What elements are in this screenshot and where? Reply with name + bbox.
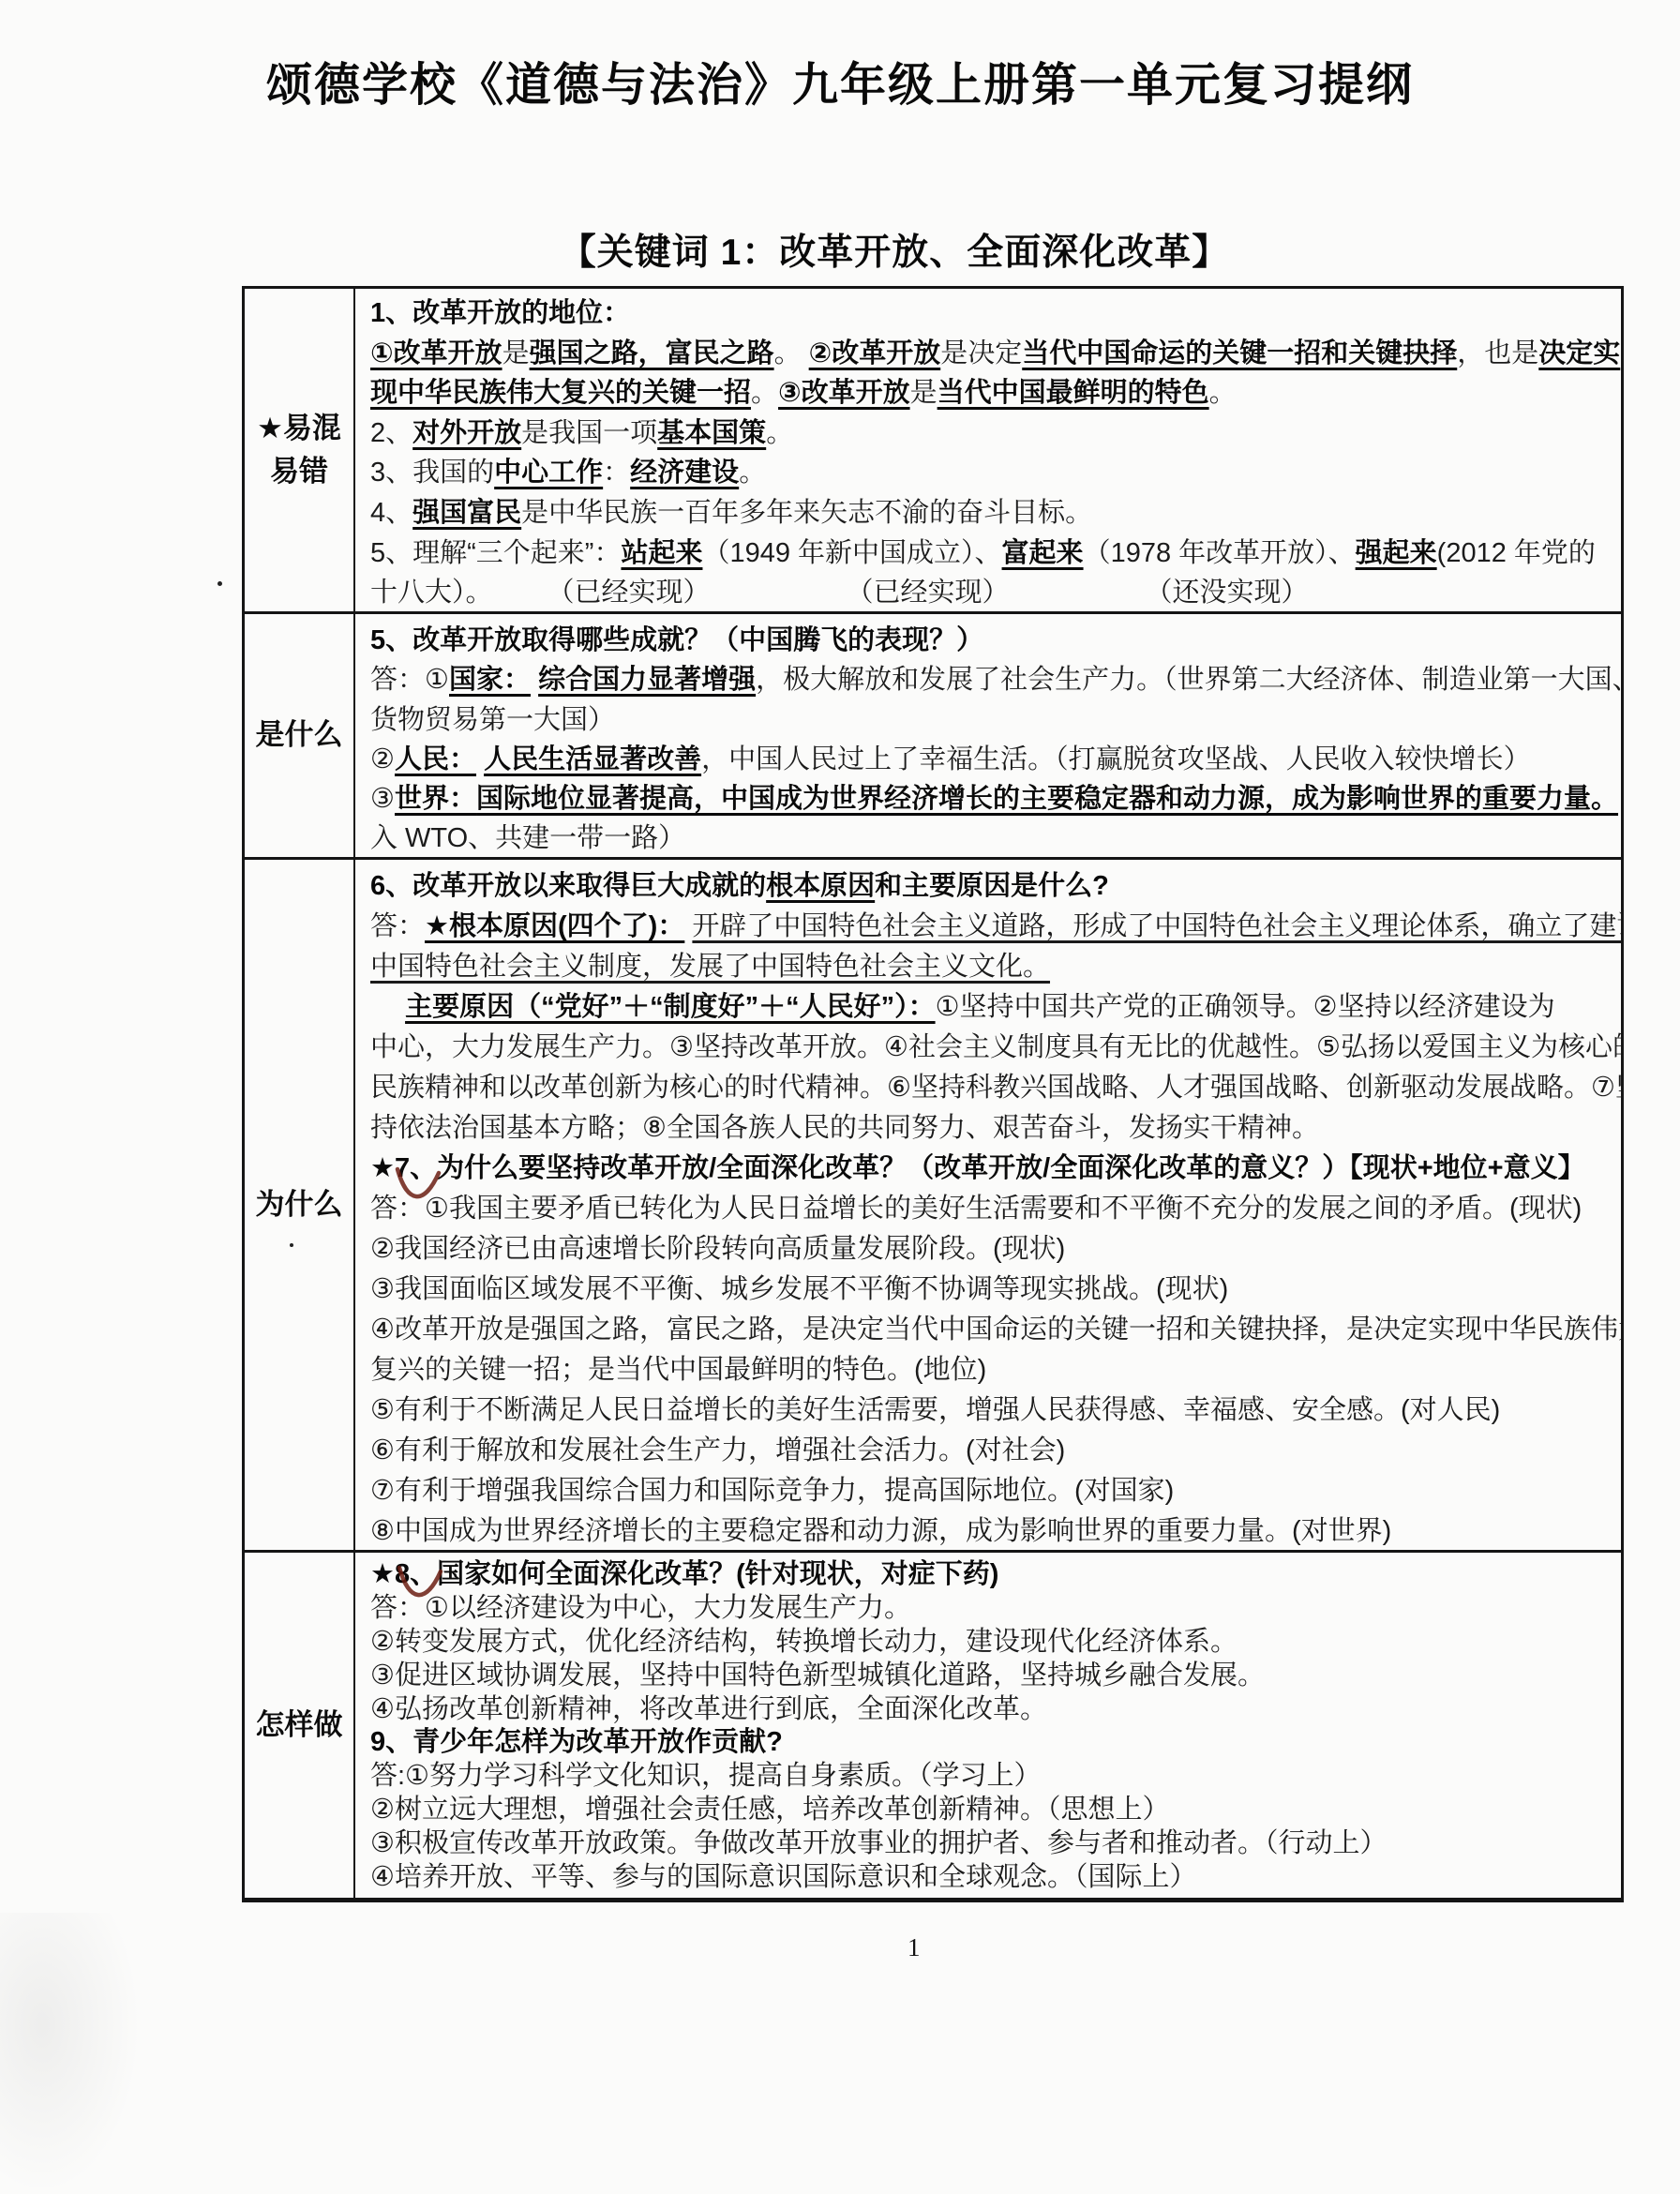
text-segment: 6、改革开放以来取得巨大成就的 <box>370 871 766 901</box>
text-segment: 是中华民族一百年多年来矢志不渝的奋斗目标。 <box>521 498 1092 528</box>
content-line: 1、改革开放的地位： <box>370 293 1612 334</box>
text-segment: 。 <box>1209 378 1237 408</box>
content-line: ②树立远大理想，增强社会责任感，培养改革创新精神。（思想上） <box>370 1794 1612 1827</box>
text-segment: 。 <box>751 378 778 408</box>
text-segment: 是决定 <box>940 338 1022 368</box>
row-content: 5、改革开放取得哪些成就？（中国腾飞的表现？）答：①国家： 综合国力显著增强，极… <box>355 614 1621 857</box>
text-segment: ④弘扬改革创新精神，将改革进行到底，全面深化改革。 <box>370 1694 1047 1724</box>
content-line: ④培养开放、平等、参与的国际意识国际意识和全球观念。（国际上） <box>370 1861 1612 1895</box>
row-content: 6、改革开放以来取得巨大成就的根本原因和主要原因是什么?答：★根本原因(四个了)… <box>355 860 1621 1550</box>
row-label: 怎样做 <box>245 1553 355 1898</box>
text-segment: 是 <box>502 338 530 368</box>
content-line: ⑥有利于解放和发展社会生产力，增强社会活力。(对社会) <box>370 1431 1612 1471</box>
text-segment: 富起来 <box>1002 538 1084 568</box>
text-segment: 现中华民族伟大复兴的关键一招 <box>370 378 751 408</box>
content-line: 持依法治国基本方略；⑧全国各族人民的共同努力、艰苦奋斗，发扬实干精神。 <box>370 1108 1612 1149</box>
content-line: 复兴的关键一招；是当代中国最鲜明的特色。(地位) <box>370 1350 1612 1390</box>
text-segment: 开辟了中国特色社会主义道路，形成了中国特色社会主义理论体系，确立了建设 <box>692 911 1621 941</box>
text-segment <box>476 744 484 774</box>
content-line: 5、理解“三个起来”：站起来（1949 年新中国成立）、富起来（1978 年改革… <box>370 533 1612 574</box>
text-segment: ★8、国家如何全面深化改革？(针对现状，对症下药) <box>370 1559 998 1589</box>
row-label-line: 怎样做 <box>256 1704 343 1748</box>
content-line: ②人民： 人民生活显著改善，中国人民过上了幸福生活。（打赢脱贫攻坚战、人民收入较… <box>370 740 1612 779</box>
text-segment: 9、青少年怎样为改革开放作贡献? <box>370 1727 783 1757</box>
content-line: 3、我国的中心工作：经济建设。 <box>370 453 1612 493</box>
content-line: ②转变发展方式，优化经济结构，转换增长动力，建设现代化经济体系。 <box>370 1626 1612 1660</box>
row-label-line: 为什么 <box>256 1183 343 1227</box>
content-line: ③积极宣传改革开放政策。争做改革开放事业的拥护者、参与者和推动者。（行动上） <box>370 1827 1612 1861</box>
text-segment: （1978 年改革开放）、 <box>1084 538 1356 568</box>
text-segment: ，也是 <box>1457 338 1538 368</box>
row-content: ★8、国家如何全面深化改革？(针对现状，对症下药)答：①以经济建设为中心，大力发… <box>355 1553 1621 1898</box>
text-segment: (2012 年党的 <box>1437 538 1596 568</box>
text-segment: 。 <box>774 338 809 368</box>
content-line: ★8、国家如何全面深化改革？(针对现状，对症下药) <box>370 1558 1612 1592</box>
row-label-line: ★易混 <box>257 407 341 451</box>
text-segment: ①改革开放 <box>370 338 502 368</box>
text-segment: 5、理解“三个起来”： <box>370 538 621 568</box>
text-segment: ，中国人民过上了幸福生活。（打赢脱贫攻坚战、人民收入较快增长） <box>701 744 1531 774</box>
content-line: 9、青少年怎样为改革开放作贡献? <box>370 1726 1612 1760</box>
text-segment: （1949 年新中国成立）、 <box>702 538 1001 568</box>
text-segment: 复兴的关键一招；是当代中国最鲜明的特色。(地位) <box>370 1355 986 1385</box>
content-line: 中心，大力发展生产力。③坚持改革开放。④社会主义制度具有无比的优越性。⑤弘扬以爱… <box>370 1028 1612 1068</box>
section-heading: 【关键词 1：改革开放、全面深化改革】 <box>54 223 1680 276</box>
text-segment: 答： <box>370 911 425 941</box>
text-segment: 人民生活显著改善 <box>484 744 701 774</box>
content-line: 货物贸易第一大国） <box>370 700 1612 740</box>
text-segment: ③改革开放 <box>778 378 910 408</box>
text-segment: ②改革开放 <box>809 338 941 368</box>
content-line: ②我国经济已由高速增长阶段转向高质量发展阶段。(现状) <box>370 1229 1612 1270</box>
text-segment: 答：①以经济建设为中心，大力发展生产力。 <box>370 1593 911 1623</box>
text-segment: 持依法治国基本方略；⑧全国各族人民的共同努力、艰苦奋斗，发扬实干精神。 <box>370 1113 1319 1143</box>
text-segment: ②我国经济已由高速增长阶段转向高质量发展阶段。(现状) <box>370 1234 1065 1264</box>
text-segment: ②转变发展方式，优化经济结构，转换增长动力，建设现代化经济体系。 <box>370 1627 1237 1657</box>
scan-speck <box>290 1243 293 1247</box>
text-segment: 综合国力显著增强 <box>538 665 756 695</box>
text-segment: 民族精神和以改革创新为核心的时代精神。⑥坚持科教兴国战略、人才强国战略、创新驱动… <box>370 1073 1621 1103</box>
text-segment: ⑧中国成为世界经济增长的主要稳定器和动力源，成为影响世界的重要力量。(对世界) <box>370 1516 1391 1546</box>
text-segment: 强起来 <box>1356 538 1437 568</box>
scan-smudge <box>0 1913 141 2194</box>
text-segment: 2、 <box>370 418 412 448</box>
content-line: 主要原因（“党好”＋“制度好”＋“人民好”）：①坚持中国共产党的正确领导。②坚持… <box>370 987 1612 1028</box>
text-segment: 1、改革开放的地位： <box>370 298 630 328</box>
text-segment: 货物贸易第一大国） <box>370 705 615 735</box>
text-segment: 3、我国的 <box>370 458 494 488</box>
text-segment: 是 <box>910 378 937 408</box>
content-line: 现中华民族伟大复兴的关键一招。③改革开放是当代中国最鲜明的特色。 <box>370 373 1612 413</box>
text-segment: 中心，大力发展生产力。③坚持改革开放。④社会主义制度具有无比的优越性。⑤弘扬以爱… <box>370 1032 1621 1062</box>
text-segment: 世界： <box>395 784 476 814</box>
content-line: 中国特色社会主义制度，发展了中国特色社会主义文化。 <box>370 947 1612 987</box>
content-line: ⑧中国成为世界经济增长的主要稳定器和动力源，成为影响世界的重要力量。(对世界) <box>370 1511 1612 1550</box>
text-segment: （加 <box>1618 784 1621 814</box>
content-line: 民族精神和以改革创新为核心的时代精神。⑥坚持科教兴国战略、人才强国战略、创新驱动… <box>370 1068 1612 1108</box>
content-line: 4、强国富民是中华民族一百年多年来矢志不渝的奋斗目标。 <box>370 493 1612 533</box>
text-segment: 5、改革开放取得哪些成就？（中国腾飞的表现？） <box>370 625 983 655</box>
text-segment: 十八大）。 （已经实现） （已经实现） （还没实现） <box>370 578 1309 608</box>
content-line: ⑦有利于增强我国综合国力和国际竞争力，提高国际地位。(对国家) <box>370 1471 1612 1511</box>
content-line: ④弘扬改革创新精神，将改革进行到底，全面深化改革。 <box>370 1693 1612 1727</box>
text-segment: 对外开放 <box>412 418 521 448</box>
content-line: 答：①我国主要矛盾已转化为人民日益增长的美好生活需要和不平衡不充分的发展之间的矛… <box>370 1189 1612 1229</box>
text-segment: 站起来 <box>621 538 702 568</box>
qa-table: ★易混易错1、改革开放的地位：①改革开放是强国之路，富民之路。 ②改革开放是决定… <box>242 286 1624 1902</box>
row-label: 是什么 <box>245 614 355 857</box>
content-line: ③世界：国际地位显著提高，中国成为世界经济增长的主要稳定器和动力源，成为影响世界… <box>370 779 1612 819</box>
content-line: 答：①以经济建设为中心，大力发展生产力。 <box>370 1592 1612 1626</box>
text-segment: 和主要原因是什么? <box>875 871 1109 901</box>
content-line: ④改革开放是强国之路，富民之路，是决定当代中国命运的关键一招和关键抉择，是决定实… <box>370 1310 1612 1350</box>
text-segment: ★7、为什么要坚持改革开放/全面深化改革？（改革开放/全面深化改革的意义？）【现… <box>370 1153 1585 1183</box>
text-segment: 答：① <box>370 665 449 695</box>
text-segment: ⑤有利于不断满足人民日益增长的美好生活需要，增强人民获得感、幸福感、安全感。(对… <box>370 1395 1500 1425</box>
table-row: 是什么5、改革开放取得哪些成就？（中国腾飞的表现？）答：①国家： 综合国力显著增… <box>245 614 1621 860</box>
text-segment: 中国特色社会主义制度，发展了中国特色社会主义文化。 <box>370 952 1050 982</box>
text-segment: ①坚持中国共产党的正确领导。②坚持以经济建设为 <box>936 992 1555 1022</box>
text-segment: ④培养开放、平等、参与的国际意识国际意识和全球观念。（国际上） <box>370 1862 1197 1892</box>
scan-speck <box>217 581 222 586</box>
content-line: 6、改革开放以来取得巨大成就的根本原因和主要原因是什么? <box>370 866 1612 907</box>
text-segment: 4、 <box>370 498 412 528</box>
text-segment: 答：①我国主要矛盾已转化为人民日益增长的美好生活需要和不平衡不充分的发展之间的矛… <box>370 1194 1582 1224</box>
text-segment: 是我国一项 <box>521 418 657 448</box>
text-segment: ④改革开放是强国之路，富民之路，是决定当代中国命运的关键一招和关键抉择，是决定实… <box>370 1315 1621 1345</box>
text-segment: ： <box>603 458 630 488</box>
content-line: 十八大）。 （已经实现） （已经实现） （还没实现） <box>370 573 1612 611</box>
text-segment: 决定实 <box>1538 338 1620 368</box>
content-line: 2、对外开放是我国一项基本国策。 <box>370 413 1612 454</box>
text-segment: 当代中国最鲜明的特色 <box>937 378 1209 408</box>
row-label-line: 易错 <box>270 450 328 494</box>
text-segment: ② <box>370 744 395 774</box>
page-title: 颂德学校《道德与法治》九年级上册第一单元复习提纲 <box>0 49 1680 114</box>
text-segment: 国家： <box>449 665 531 695</box>
content-line: ③促进区域协调发展，坚持中国特色新型城镇化道路，坚持城乡融合发展。 <box>370 1660 1612 1693</box>
text-segment: ③促进区域协调发展，坚持中国特色新型城镇化道路，坚持城乡融合发展。 <box>370 1661 1265 1691</box>
table-row: 为什么6、改革开放以来取得巨大成就的根本原因和主要原因是什么?答：★根本原因(四… <box>245 860 1621 1553</box>
text-segment: ，极大解放和发展了社会生产力。（世界第二大经济体、制造业第一大国、 <box>756 665 1621 695</box>
text-segment: 根本原因 <box>766 871 875 901</box>
text-segment: 强国富民 <box>412 498 521 528</box>
content-line: 5、改革开放取得哪些成就？（中国腾飞的表现？） <box>370 621 1612 660</box>
text-segment: ★根本原因(四个了)： <box>425 911 684 941</box>
content-line: 入 WTO、共建一带一路） <box>370 819 1612 857</box>
text-segment <box>531 665 538 695</box>
text-segment: 人民： <box>395 744 476 774</box>
text-segment: ③我国面临区域发展不平衡、城乡发展不平衡不协调等现实挑战。(现状) <box>370 1274 1228 1304</box>
row-label-line: 是什么 <box>256 714 343 758</box>
content-line: 答:①努力学习科学文化知识，提高自身素质。（学习上） <box>370 1760 1612 1794</box>
text-segment: ⑦有利于增强我国综合国力和国际竞争力，提高国际地位。(对国家) <box>370 1476 1174 1506</box>
text-segment: 国际地位显著提高，中国成为世界经济增长的主要稳定器和动力源，成为影响世界的重要力… <box>476 784 1618 814</box>
text-segment: ⑥有利于解放和发展社会生产力，增强社会活力。(对社会) <box>370 1435 1065 1465</box>
content-line: ⑤有利于不断满足人民日益增长的美好生活需要，增强人民获得感、幸福感、安全感。(对… <box>370 1390 1612 1431</box>
page-number: 1 <box>907 1933 921 1962</box>
text-segment: 强国之路，富民之路 <box>530 338 774 368</box>
text-segment: 。 <box>766 418 793 448</box>
text-segment: ③ <box>370 784 395 814</box>
text-segment: 答:①努力学习科学文化知识，提高自身素质。（学习上） <box>370 1761 1042 1791</box>
content-line: ③我国面临区域发展不平衡、城乡发展不平衡不协调等现实挑战。(现状) <box>370 1270 1612 1310</box>
content-line: 答：★根本原因(四个了)： 开辟了中国特色社会主义道路，形成了中国特色社会主义理… <box>370 907 1612 947</box>
text-segment <box>370 992 405 1022</box>
text-segment: ③积极宣传改革开放政策。争做改革开放事业的拥护者、参与者和推动者。（行动上） <box>370 1828 1387 1858</box>
text-segment: 经济建设 <box>630 458 739 488</box>
content-line: ★7、为什么要坚持改革开放/全面深化改革？（改革开放/全面深化改革的意义？）【现… <box>370 1149 1612 1189</box>
text-segment: ②树立远大理想，增强社会责任感，培养改革创新精神。（思想上） <box>370 1795 1170 1825</box>
text-segment: 基本国策 <box>657 418 766 448</box>
text-segment: 。 <box>739 458 766 488</box>
row-label: ★易混易错 <box>245 289 355 611</box>
content-line: 答：①国家： 综合国力显著增强，极大解放和发展了社会生产力。（世界第二大经济体、… <box>370 660 1612 699</box>
text-segment: 中心工作 <box>494 458 603 488</box>
text-segment: 当代中国命运的关键一招和关键抉择 <box>1022 338 1457 368</box>
text-segment: 主要原因（“党好”＋“制度好”＋“人民好”）： <box>405 992 936 1022</box>
text-segment: 入 WTO、共建一带一路） <box>370 823 685 853</box>
row-content: 1、改革开放的地位：①改革开放是强国之路，富民之路。 ②改革开放是决定当代中国命… <box>355 289 1621 611</box>
table-row: ★易混易错1、改革开放的地位：①改革开放是强国之路，富民之路。 ②改革开放是决定… <box>245 289 1621 614</box>
content-line: ①改革开放是强国之路，富民之路。 ②改革开放是决定当代中国命运的关键一招和关键抉… <box>370 334 1612 374</box>
table-row: 怎样做★8、国家如何全面深化改革？(针对现状，对症下药)答：①以经济建设为中心，… <box>245 1553 1621 1898</box>
row-label: 为什么 <box>245 860 355 1550</box>
